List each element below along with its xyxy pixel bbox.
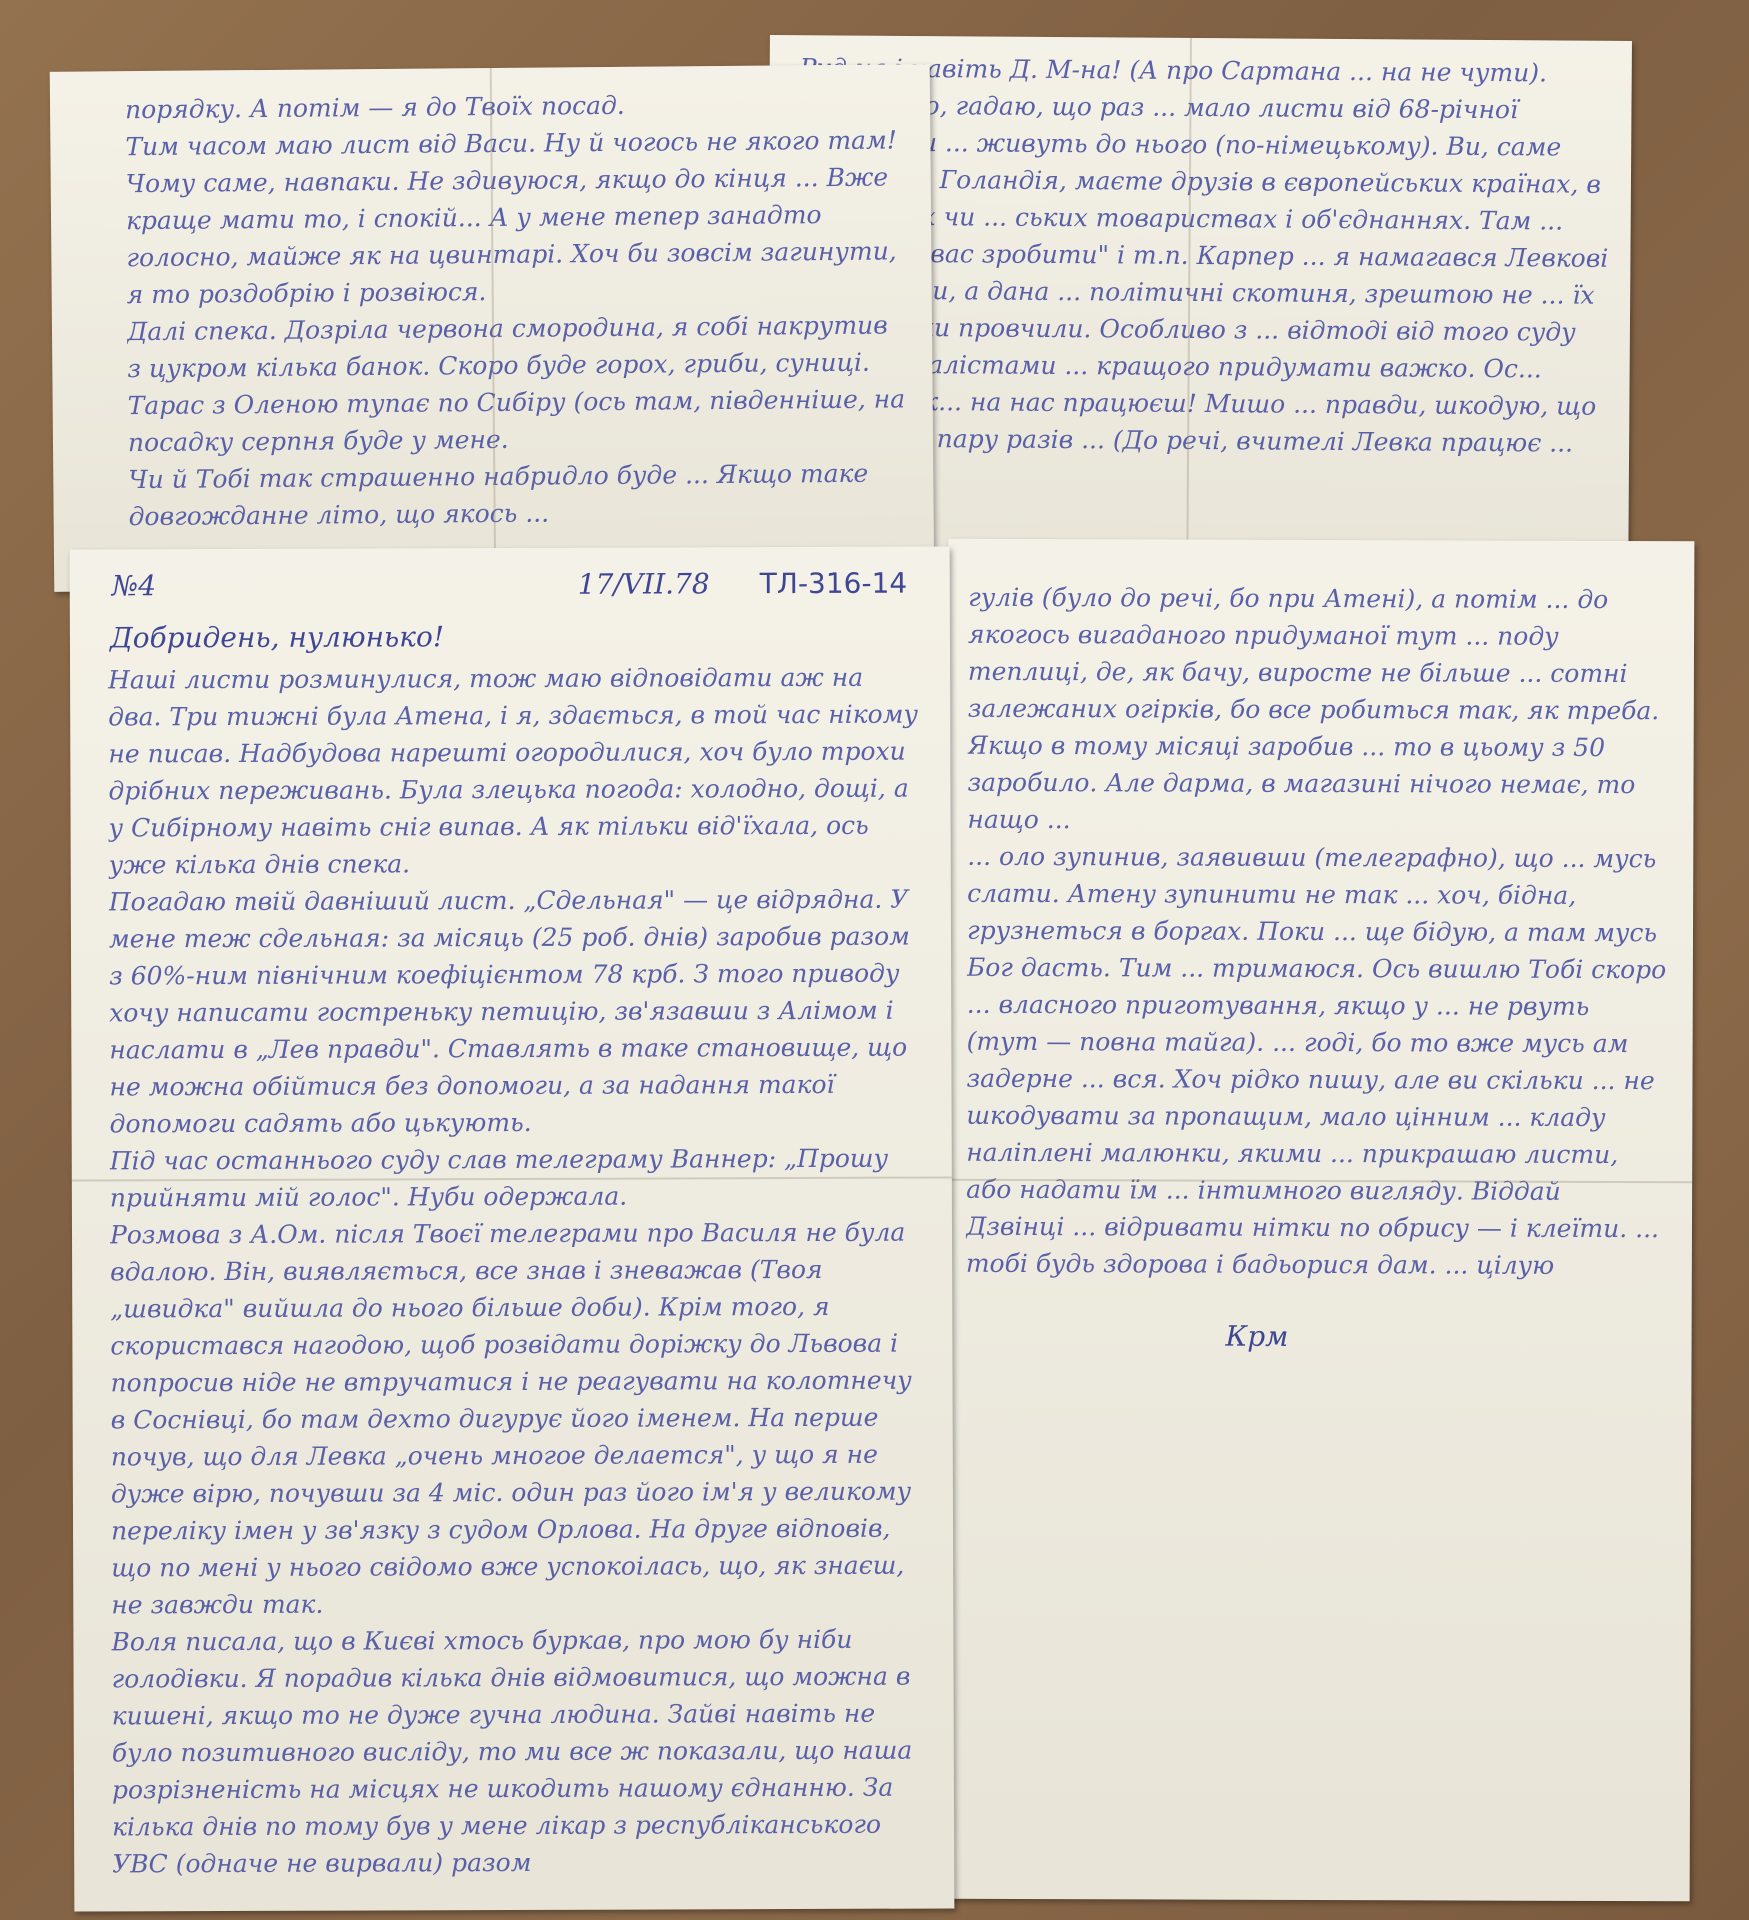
letter-number: №4 — [112, 569, 156, 602]
letter-date: 17/VII.78 — [578, 567, 710, 600]
greeting: Добридень, нулюнько! — [110, 620, 444, 654]
letter-text: Наші листи розминулися, тож маю відповід… — [108, 659, 922, 1892]
archive-code: ТЛ-316-14 — [760, 567, 908, 601]
letter-sheet-front-left: №4 17/VII.78 ТЛ-316-14 Добридень, нулюнь… — [70, 546, 955, 1911]
letter-text: гулів (було до речі, бо при Атені), а по… — [966, 579, 1669, 1341]
letter-sheet-back-left: порядку. А потім — я до Твоїх посад. Тим… — [50, 64, 935, 592]
letter-sheet-front-right: гулів (було до речі, бо при Атені), а по… — [944, 539, 1695, 1902]
signature: Крм — [1226, 1320, 1289, 1353]
letter-text: порядку. А потім — я до Твоїх посад. Тим… — [125, 84, 909, 581]
